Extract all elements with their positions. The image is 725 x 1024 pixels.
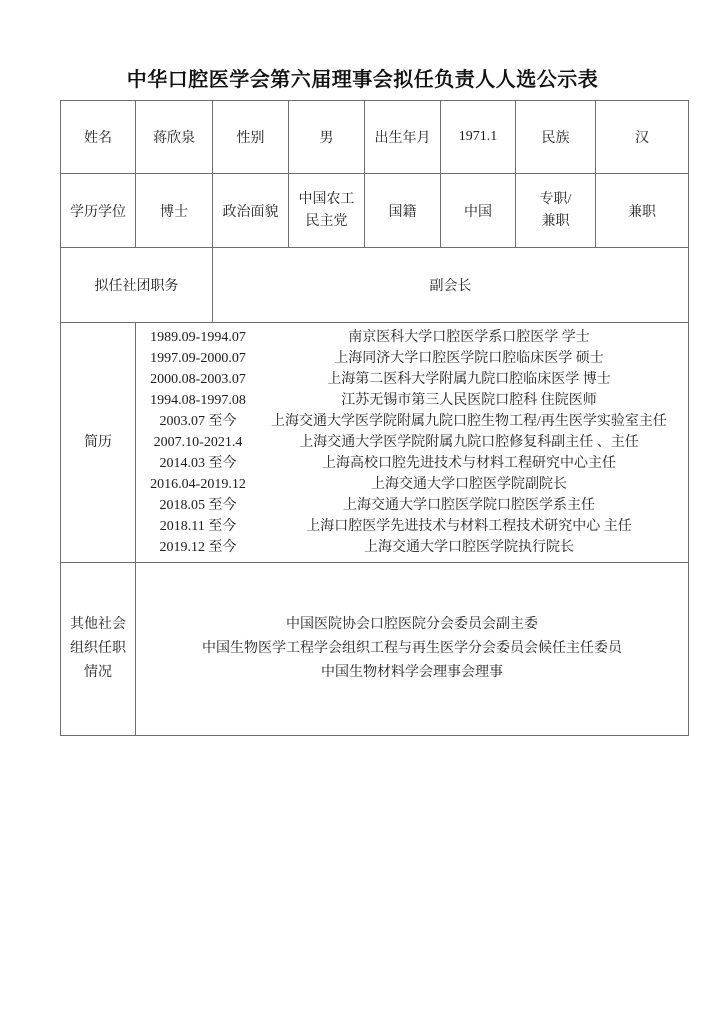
resume-description: 江苏无锡市第三人民医院口腔科 住院医师 xyxy=(255,390,683,411)
resume-entry: 1997.09-2000.07 上海同济大学口腔医学院口腔临床医学 硕士 xyxy=(141,348,683,369)
resume-period: 2018.11 至今 xyxy=(141,516,255,537)
resume-label: 简历 xyxy=(61,323,136,563)
resume-period: 2000.08-2003.07 xyxy=(141,369,255,390)
resume-period: 2016.04-2019.12 xyxy=(141,474,255,495)
other-roles-list: 中国医院协会口腔医院分会委员会副主委中国生物医学工程学会组织工程与再生医学分会委… xyxy=(141,613,683,685)
duty-type-value: 兼职 xyxy=(596,174,689,248)
resume-entry: 1994.08-1997.08 江苏无锡市第三人民医院口腔科 住院医师 xyxy=(141,390,683,411)
resume-period: 2014.03 至今 xyxy=(141,453,255,474)
table-row: 简历 1989.09-1994.07 南京医科大学口腔医学系口腔医学 学士 19… xyxy=(61,323,689,563)
nationality-label: 国籍 xyxy=(365,174,441,248)
table-row: 其他社会组织任职情况 中国医院协会口腔医院分会委员会副主委中国生物医学工程学会组… xyxy=(61,563,689,736)
other-role-line: 中国医院协会口腔医院分会委员会副主委 xyxy=(141,613,683,637)
table-row: 拟任社团职务 副会长 xyxy=(61,248,689,323)
proposed-position-label: 拟任社团职务 xyxy=(61,248,213,323)
resume-entry: 2003.07 至今 上海交通大学医学院附属九院口腔生物工程/再生医学实验室主任 xyxy=(141,411,683,432)
resume-list: 1989.09-1994.07 南京医科大学口腔医学系口腔医学 学士 1997.… xyxy=(141,327,683,558)
resume-period: 2003.07 至今 xyxy=(141,411,255,432)
duty-type-label: 专职/ 兼职 xyxy=(516,174,596,248)
resume-entry: 2018.05 至今 上海交通大学口腔医学院口腔医学系主任 xyxy=(141,495,683,516)
resume-period: 1997.09-2000.07 xyxy=(141,348,255,369)
other-roles-label: 其他社会组织任职情况 xyxy=(61,563,136,736)
resume-period: 1989.09-1994.07 xyxy=(141,327,255,348)
birth-value: 1971.1 xyxy=(441,101,516,174)
resume-entry: 2016.04-2019.12 上海交通大学口腔医学院副院长 xyxy=(141,474,683,495)
candidate-form-table: 姓名 蒋欣泉 性别 男 出生年月 1971.1 民族 汉 学历学位 博士 政治面… xyxy=(60,100,689,736)
resume-entry: 2018.11 至今 上海口腔医学先进技术与材料工程技术研究中心 主任 xyxy=(141,516,683,537)
resume-description: 南京医科大学口腔医学系口腔医学 学士 xyxy=(255,327,683,348)
other-role-line: 中国生物材料学会理事会理事 xyxy=(141,661,683,685)
document-page: 中华口腔医学会第六届理事会拟任负责人人选公示表 姓名 蒋欣泉 性别 男 出生年月… xyxy=(0,0,725,1024)
resume-period: 2018.05 至今 xyxy=(141,495,255,516)
ethnicity-value: 汉 xyxy=(596,101,689,174)
resume-description: 上海口腔医学先进技术与材料工程技术研究中心 主任 xyxy=(255,516,683,537)
resume-description: 上海交通大学口腔医学院副院长 xyxy=(255,474,683,495)
ethnicity-label: 民族 xyxy=(516,101,596,174)
resume-description: 上海交通大学口腔医学院执行院长 xyxy=(255,537,683,558)
resume-period: 1994.08-1997.08 xyxy=(141,390,255,411)
resume-description: 上海同济大学口腔医学院口腔临床医学 硕士 xyxy=(255,348,683,369)
political-status-label: 政治面貌 xyxy=(213,174,289,248)
resume-cell: 1989.09-1994.07 南京医科大学口腔医学系口腔医学 学士 1997.… xyxy=(136,323,689,563)
resume-description: 上海交通大学医学院附属九院口腔生物工程/再生医学实验室主任 xyxy=(255,411,683,432)
birth-label: 出生年月 xyxy=(365,101,441,174)
gender-value: 男 xyxy=(289,101,365,174)
other-role-line: 中国生物医学工程学会组织工程与再生医学分会委员会候任主任委员 xyxy=(141,637,683,661)
resume-description: 上海高校口腔先进技术与材料工程研究中心主任 xyxy=(255,453,683,474)
other-roles-cell: 中国医院协会口腔医院分会委员会副主委中国生物医学工程学会组织工程与再生医学分会委… xyxy=(136,563,689,736)
nationality-value: 中国 xyxy=(441,174,516,248)
proposed-position-value: 副会长 xyxy=(213,248,689,323)
resume-entry: 2019.12 至今 上海交通大学口腔医学院执行院长 xyxy=(141,537,683,558)
gender-label: 性别 xyxy=(213,101,289,174)
resume-description: 上海交通大学医学院附属九院口腔修复科副主任 、主任 xyxy=(255,432,683,453)
table-row: 学历学位 博士 政治面貌 中国农工 民主党 国籍 中国 专职/ 兼职 兼职 xyxy=(61,174,689,248)
name-value: 蒋欣泉 xyxy=(136,101,213,174)
resume-entry: 1989.09-1994.07 南京医科大学口腔医学系口腔医学 学士 xyxy=(141,327,683,348)
education-value: 博士 xyxy=(136,174,213,248)
resume-entry: 2000.08-2003.07 上海第二医科大学附属九院口腔临床医学 博士 xyxy=(141,369,683,390)
resume-description: 上海交通大学口腔医学院口腔医学系主任 xyxy=(255,495,683,516)
resume-period: 2007.10-2021.4 xyxy=(141,432,255,453)
name-label: 姓名 xyxy=(61,101,136,174)
education-label: 学历学位 xyxy=(61,174,136,248)
resume-period: 2019.12 至今 xyxy=(141,537,255,558)
table-row: 姓名 蒋欣泉 性别 男 出生年月 1971.1 民族 汉 xyxy=(61,101,689,174)
resume-entry: 2014.03 至今 上海高校口腔先进技术与材料工程研究中心主任 xyxy=(141,453,683,474)
resume-entry: 2007.10-2021.4 上海交通大学医学院附属九院口腔修复科副主任 、主任 xyxy=(141,432,683,453)
political-status-value: 中国农工 民主党 xyxy=(289,174,365,248)
resume-description: 上海第二医科大学附属九院口腔临床医学 博士 xyxy=(255,369,683,390)
page-title: 中华口腔医学会第六届理事会拟任负责人人选公示表 xyxy=(0,63,725,92)
